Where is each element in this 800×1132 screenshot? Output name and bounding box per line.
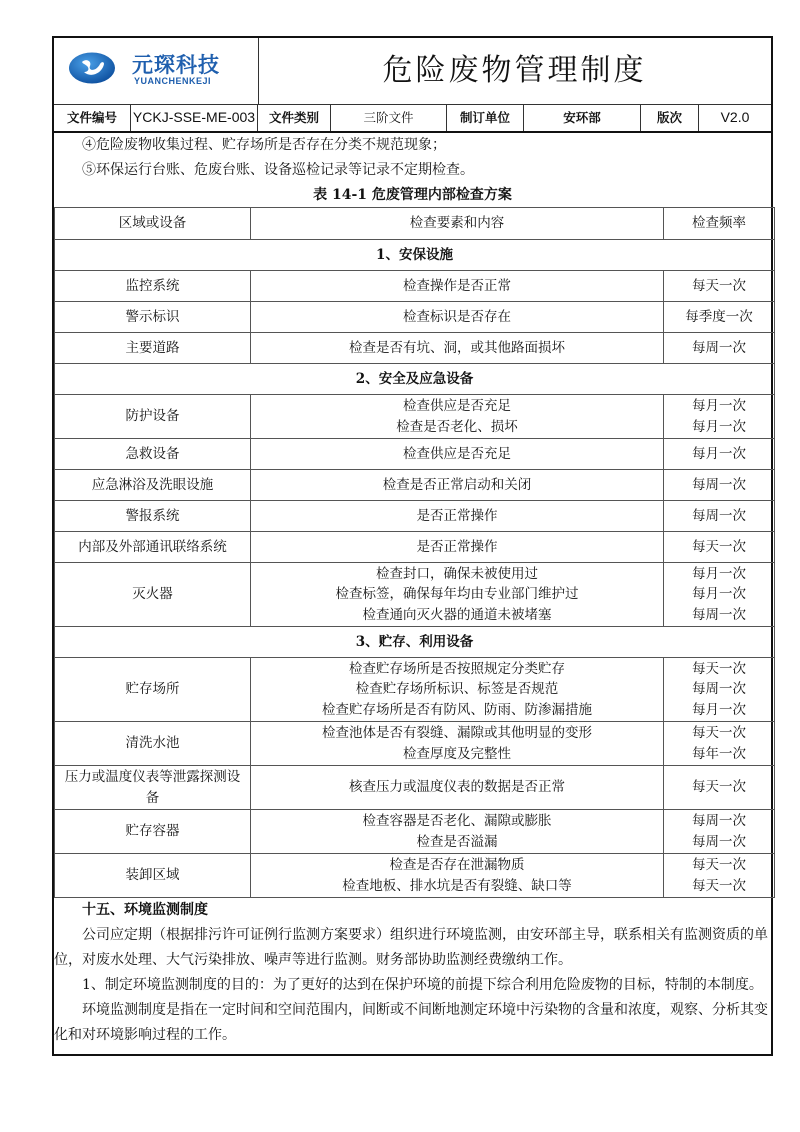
table-row: 灭火器 检查封口，确保未被使用过 检查标签，确保每年均由专业部门维护过 检查通向…: [55, 563, 775, 627]
frequency-line: 每月一次: [664, 396, 774, 417]
area-cell: 警报系统: [55, 501, 251, 532]
area-cell: 清洗水池: [55, 722, 251, 766]
frequency-line: 每周一次: [664, 605, 774, 626]
content-cell: 是否正常操作: [251, 532, 664, 563]
frequency-cell: 每周一次: [664, 470, 775, 501]
section-row: 1、安保设施: [55, 240, 775, 271]
intro-line: ④危险废物收集过程、贮存场所是否存在分类不规范现象；: [54, 133, 771, 158]
table-header-row: 区域或设备 检查要素和内容 检查频率: [55, 208, 775, 240]
area-cell: 装卸区域: [55, 854, 251, 898]
frequency-cell: 每季度一次: [664, 302, 775, 333]
content-line: 检查标签，确保每年均由专业部门维护过: [251, 584, 663, 605]
frequency-cell: 每月一次: [664, 439, 775, 470]
table-row: 应急淋浴及洗眼设施 检查是否正常启动和关闭 每周一次: [55, 470, 775, 501]
frequency-line: 每天一次: [664, 876, 774, 897]
area-cell: 主要道路: [55, 333, 251, 364]
frequency-cell: 每天一次 每年一次: [664, 722, 775, 766]
company-name-cn: 元琛科技: [132, 49, 220, 79]
table-row: 急救设备 检查供应是否充足 每月一次: [55, 439, 775, 470]
area-cell: 防护设备: [55, 395, 251, 439]
content-cell: 检查容器是否老化、漏隙或膨胀 检查是否溢漏: [251, 810, 664, 854]
content-line: 检查是否存在泄漏物质: [251, 855, 663, 876]
document-page: 元琛科技 YUANCHENKEJI 危险废物管理制度 文件编号 YCKJ-SSE…: [52, 36, 773, 1056]
table-row: 主要道路 检查是否有坑、洞，或其他路面损坏 每周一次: [55, 333, 775, 364]
area-cell: 压力或温度仪表等泄露探测设备: [55, 766, 251, 810]
content-line: 检查贮存场所是否有防风、防雨、防渗漏措施: [251, 700, 663, 721]
company-name-en: YUANCHENKEJI: [134, 76, 211, 86]
content-cell: 检查是否有坑、洞，或其他路面损坏: [251, 333, 664, 364]
frequency-line: 每年一次: [664, 744, 774, 765]
table-row: 警报系统 是否正常操作 每周一次: [55, 501, 775, 532]
document-meta-row: 文件编号 YCKJ-SSE-ME-003 文件类别 三阶文件 制订单位 安环部 …: [54, 104, 771, 133]
frequency-cell: 每天一次: [664, 271, 775, 302]
frequency-line: 每周一次: [664, 832, 774, 853]
content-line: 检查容器是否老化、漏隙或膨胀: [251, 811, 663, 832]
section-15-paragraph: 环境监测制度是指在一定时间和空间范围内，间断或不间断地测定环境中污染物的含量和浓…: [54, 998, 771, 1048]
frequency-cell: 每周一次: [664, 333, 775, 364]
content-line: 检查是否老化、损坏: [251, 417, 663, 438]
table-row: 警示标识 检查标识是否存在 每季度一次: [55, 302, 775, 333]
company-logo-icon: [68, 52, 116, 84]
content-line: 检查贮存场所是否按照规定分类贮存: [251, 659, 663, 680]
frequency-cell: 每天一次 每周一次 每月一次: [664, 658, 775, 722]
table-row: 装卸区域 检查是否存在泄漏物质 检查地板、排水坑是否有裂缝、缺口等 每天一次 每…: [55, 854, 775, 898]
content-line: 检查厚度及完整性: [251, 744, 663, 765]
doc-number-label: 文件编号: [54, 104, 131, 131]
document-title: 危险废物管理制度: [258, 38, 771, 104]
frequency-line: 每月一次: [664, 700, 774, 721]
frequency-cell: 每天一次 每天一次: [664, 854, 775, 898]
document-header: 元琛科技 YUANCHENKEJI 危险废物管理制度: [54, 38, 771, 105]
content-cell: 检查贮存场所是否按照规定分类贮存 检查贮存场所标识、标签是否规范 检查贮存场所是…: [251, 658, 664, 722]
doc-category-value: 三阶文件: [331, 104, 447, 131]
content-line: 检查供应是否充足: [251, 396, 663, 417]
section-title: 2、安全及应急设备: [55, 364, 775, 395]
section-title: 3、贮存、利用设备: [55, 627, 775, 658]
column-header-area: 区域或设备: [55, 208, 251, 240]
frequency-cell: 每天一次: [664, 532, 775, 563]
table-row: 贮存场所 检查贮存场所是否按照规定分类贮存 检查贮存场所标识、标签是否规范 检查…: [55, 658, 775, 722]
version-label: 版次: [641, 104, 699, 131]
frequency-cell: 每周一次 每周一次: [664, 810, 775, 854]
doc-number-value: YCKJ-SSE-ME-003: [131, 104, 258, 131]
content-line: 检查是否溢漏: [251, 832, 663, 853]
version-value: V2.0: [699, 104, 771, 131]
content-cell: 检查供应是否充足: [251, 439, 664, 470]
table-row: 内部及外部通讯联络系统 是否正常操作 每天一次: [55, 532, 775, 563]
frequency-line: 每周一次: [664, 679, 774, 700]
frequency-line: 每月一次: [664, 417, 774, 438]
content-line: 检查封口，确保未被使用过: [251, 564, 663, 585]
area-cell: 警示标识: [55, 302, 251, 333]
area-cell: 贮存容器: [55, 810, 251, 854]
frequency-line: 每周一次: [664, 811, 774, 832]
dept-value: 安环部: [524, 104, 641, 131]
table-row: 贮存容器 检查容器是否老化、漏隙或膨胀 检查是否溢漏 每周一次 每周一次: [55, 810, 775, 854]
section-15-title: 十五、环境监测制度: [54, 898, 771, 923]
table-row: 清洗水池 检查池体是否有裂缝、漏隙或其他明显的变形 检查厚度及完整性 每天一次 …: [55, 722, 775, 766]
column-header-content: 检查要素和内容: [251, 208, 664, 240]
frequency-cell: 每月一次 每月一次 每周一次: [664, 563, 775, 627]
area-cell: 贮存场所: [55, 658, 251, 722]
content-cell: 检查操作是否正常: [251, 271, 664, 302]
content-line: 检查地板、排水坑是否有裂缝、缺口等: [251, 876, 663, 897]
content-line: 检查贮存场所标识、标签是否规范: [251, 679, 663, 700]
content-cell: 核查压力或温度仪表的数据是否正常: [251, 766, 664, 810]
area-cell: 急救设备: [55, 439, 251, 470]
intro-line: ⑤环保运行台账、危废台账、设备巡检记录等记录不定期检查。: [54, 158, 771, 183]
frequency-line: 每天一次: [664, 659, 774, 680]
frequency-line: 每天一次: [664, 723, 774, 744]
column-header-frequency: 检查频率: [664, 208, 775, 240]
section-row: 2、安全及应急设备: [55, 364, 775, 395]
section-title: 1、安保设施: [55, 240, 775, 271]
content-line: 检查通向灭火器的通道未被堵塞: [251, 605, 663, 626]
content-cell: 检查封口，确保未被使用过 检查标签，确保每年均由专业部门维护过 检查通向灭火器的…: [251, 563, 664, 627]
section-15-paragraph: 公司应定期（根据排污许可证例行监测方案要求）组织进行环境监测，由安环部主导，联系…: [54, 923, 771, 973]
frequency-line: 每月一次: [664, 564, 774, 585]
table-row: 监控系统 检查操作是否正常 每天一次: [55, 271, 775, 302]
frequency-line: 每月一次: [664, 584, 774, 605]
company-logo: 元琛科技 YUANCHENKEJI: [54, 38, 259, 104]
content-cell: 检查供应是否充足 检查是否老化、损坏: [251, 395, 664, 439]
section-row: 3、贮存、利用设备: [55, 627, 775, 658]
area-cell: 监控系统: [55, 271, 251, 302]
content-cell: 是否正常操作: [251, 501, 664, 532]
frequency-cell: 每月一次 每月一次: [664, 395, 775, 439]
frequency-cell: 每天一次: [664, 766, 775, 810]
doc-category-label: 文件类别: [258, 104, 331, 131]
inspection-table: 区域或设备 检查要素和内容 检查频率 1、安保设施 监控系统 检查操作是否正常 …: [54, 207, 775, 898]
content-line: 检查池体是否有裂缝、漏隙或其他明显的变形: [251, 723, 663, 744]
area-cell: 内部及外部通讯联络系统: [55, 532, 251, 563]
table-caption: 表 14-1 危废管理内部检查方案: [54, 183, 771, 207]
section-15-paragraph: 1、制定环境监测制度的目的：为了更好的达到在保护环境的前提下综合利用危险废物的目…: [54, 973, 771, 998]
content-cell: 检查标识是否存在: [251, 302, 664, 333]
document-body: ④危险废物收集过程、贮存场所是否存在分类不规范现象； ⑤环保运行台账、危废台账、…: [54, 133, 771, 1048]
content-cell: 检查池体是否有裂缝、漏隙或其他明显的变形 检查厚度及完整性: [251, 722, 664, 766]
area-cell: 灭火器: [55, 563, 251, 627]
area-cell: 应急淋浴及洗眼设施: [55, 470, 251, 501]
dept-label: 制订单位: [447, 104, 524, 131]
frequency-line: 每天一次: [664, 855, 774, 876]
table-row: 防护设备 检查供应是否充足 检查是否老化、损坏 每月一次 每月一次: [55, 395, 775, 439]
table-row: 压力或温度仪表等泄露探测设备 核查压力或温度仪表的数据是否正常 每天一次: [55, 766, 775, 810]
content-cell: 检查是否存在泄漏物质 检查地板、排水坑是否有裂缝、缺口等: [251, 854, 664, 898]
frequency-cell: 每周一次: [664, 501, 775, 532]
content-cell: 检查是否正常启动和关闭: [251, 470, 664, 501]
